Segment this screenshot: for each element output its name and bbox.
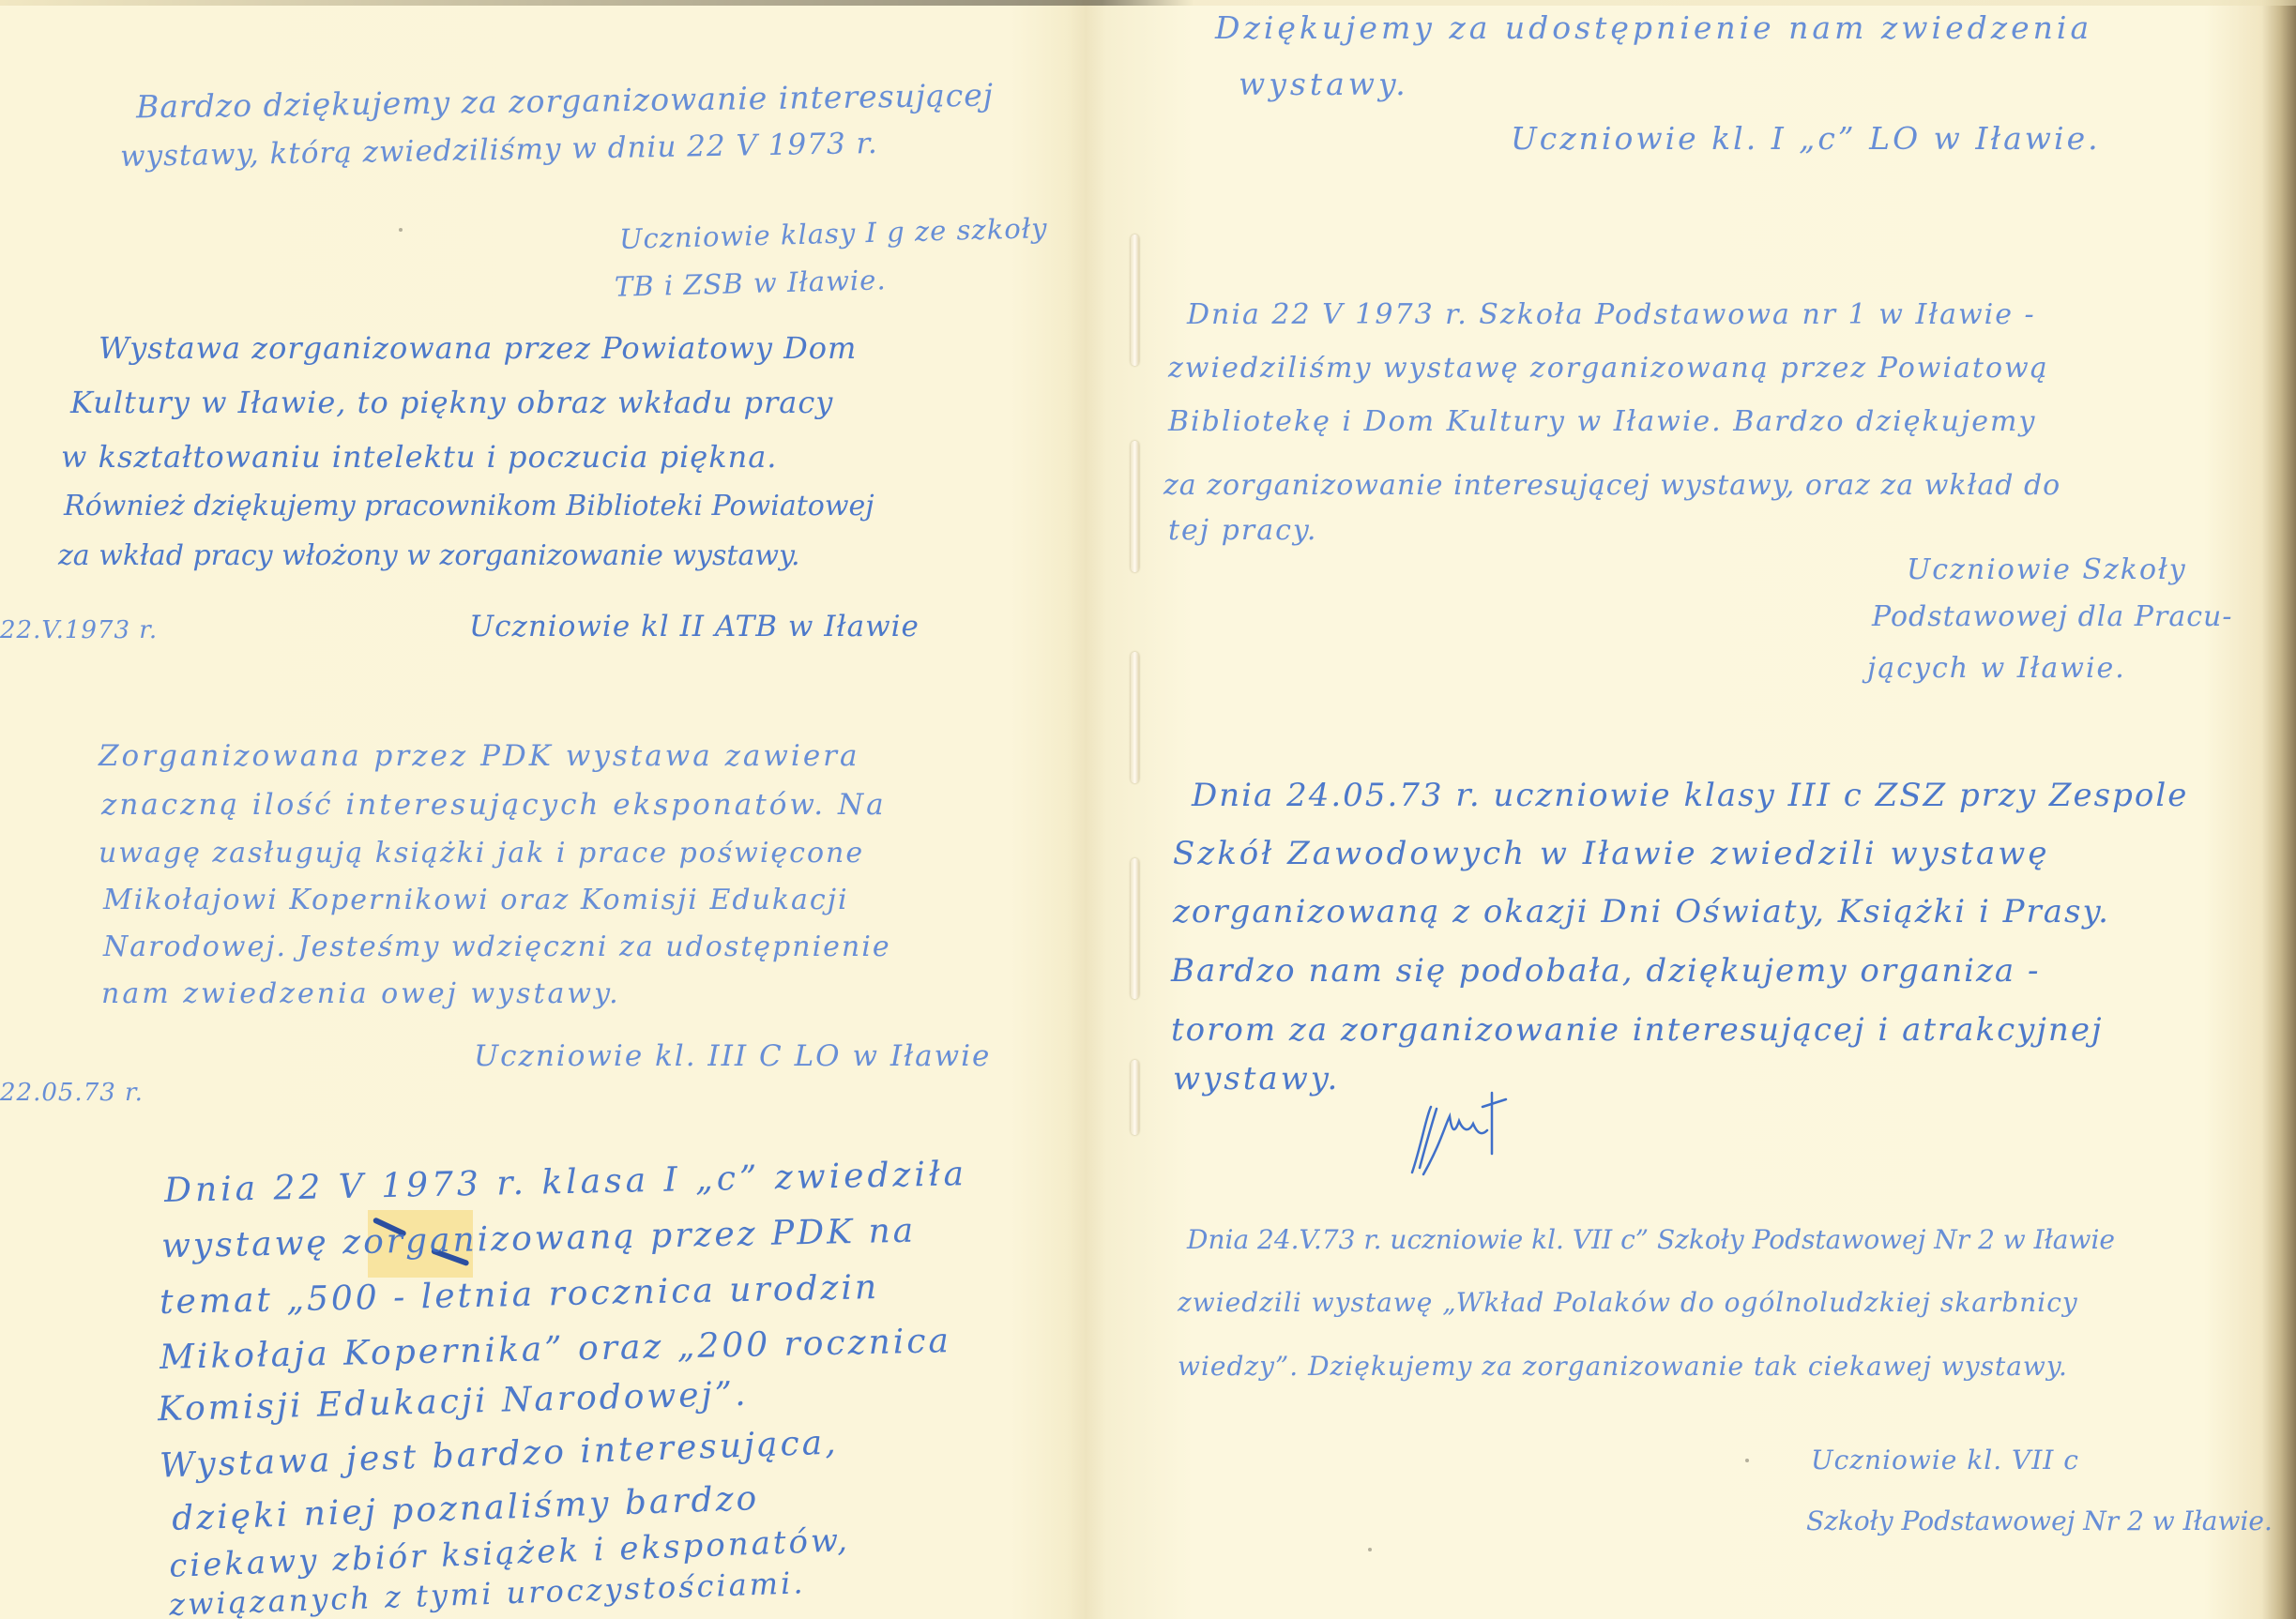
entry-line: Dnia 24.V.73 r. uczniowie kl. VII c” Szk… bbox=[1187, 1224, 2115, 1255]
entry-line: Dziękujemy za udostępnienie nam zwiedzen… bbox=[1215, 9, 2092, 46]
entry-signature: TB i ZSB w Iławie. bbox=[615, 264, 887, 303]
entry-signature: Uczniowie kl. VII c bbox=[1811, 1445, 2079, 1475]
entry-line: wiedzy”. Dziękujemy za zorganizowanie ta… bbox=[1178, 1351, 2068, 1382]
entry-line: Dnia 22 V 1973 r. Szkoła Podstawowa nr 1… bbox=[1187, 298, 2036, 331]
entry-signature: Szkoły Podstawowej Nr 2 w Iławie. bbox=[1806, 1506, 2273, 1536]
entry-line: Zorganizowana przez PDK wystawa zawiera bbox=[99, 739, 859, 773]
entry-line: w kształtowaniu intelektu i poczucia pię… bbox=[61, 439, 777, 475]
entry-line: Wystawa zorganizowana przez Powiatowy Do… bbox=[99, 330, 857, 366]
paper-speck bbox=[399, 228, 403, 232]
left-page: Bardzo dziękujemy za zorganizowanie inte… bbox=[0, 0, 1126, 1619]
entry-signature: Uczniowie Szkoły bbox=[1907, 553, 2187, 586]
entry-line: za zorganizowanie interesującej wystawy,… bbox=[1163, 469, 2060, 502]
entry-line: wystawy. bbox=[1239, 66, 1409, 102]
entry-signature: jących w Iławie. bbox=[1867, 652, 2126, 685]
entry-date: 22.05.73 r. bbox=[0, 1079, 144, 1107]
paper-speck bbox=[1745, 1459, 1749, 1462]
entry-line: Komisji Edukacji Narodowej”. bbox=[158, 1375, 749, 1429]
entry-line: torom za zorganizowanie interesującej i … bbox=[1171, 1011, 2104, 1049]
entry-line: Również dziękujemy pracownikom Bibliotek… bbox=[64, 490, 874, 522]
entry-line: uwagę zasługują książki jak i prace pośw… bbox=[99, 837, 864, 870]
entry-line: zwiedziliśmy wystawę zorganizowaną przez… bbox=[1168, 352, 2049, 385]
entry-signature: Uczniowie kl. III C LO w Iławie bbox=[474, 1039, 991, 1073]
entry-signature: Uczniowie klasy I g ze szkoły bbox=[619, 212, 1048, 255]
entry-line: Narodowej. Jesteśmy wdzięczni za udostęp… bbox=[103, 931, 891, 963]
entry-line: Bardzo nam się podobała, dziękujemy orga… bbox=[1171, 952, 2040, 990]
entry-line: Mikołaja Kopernika” oraz „200 rocznica bbox=[160, 1322, 952, 1377]
signature-scribble-icon bbox=[1403, 1088, 1515, 1182]
paper-speck bbox=[1368, 1548, 1372, 1551]
entry-line: Bibliotekę i Dom Kultury w Iławie. Bardz… bbox=[1168, 405, 2036, 438]
entry-signature: Uczniowie kl. I „c” LO w Iławie. bbox=[1511, 120, 2101, 157]
entry-line: Dnia 22 V 1973 r. klasa I „c” zwiedziła bbox=[164, 1155, 968, 1210]
entry-line: wystawy, którą zwiedziliśmy w dniu 22 V … bbox=[120, 127, 878, 174]
entry-line: tej pracy. bbox=[1168, 514, 1317, 547]
entry-line: Szkół Zawodowych w Iławie zwiedzili wyst… bbox=[1173, 835, 2049, 872]
entry-line: znaczną ilość interesujących eksponatów.… bbox=[101, 788, 887, 822]
entry-line: wystawę zorganizowaną przez PDK na bbox=[161, 1212, 917, 1266]
right-page: Dziękujemy za udostępnienie nam zwiedzen… bbox=[1135, 0, 2296, 1619]
entry-signature: Uczniowie kl II ATB w Iławie bbox=[469, 610, 920, 643]
entry-line: Kultury w Iławie, to piękny obraz wkładu… bbox=[70, 385, 833, 420]
entry-line: Mikołajowi Kopernikowi oraz Komisji Eduk… bbox=[103, 884, 849, 916]
entry-line: zwiedzili wystawę „Wkład Polaków do ogól… bbox=[1178, 1287, 2078, 1318]
entry-line: Bardzo dziękujemy za zorganizowanie inte… bbox=[136, 77, 994, 126]
entry-date: 22.V.1973 r. bbox=[0, 616, 158, 644]
guestbook-spread: Bardzo dziękujemy za zorganizowanie inte… bbox=[0, 0, 2296, 1619]
entry-line: temat „500 - letnia rocznica urodzin bbox=[160, 1268, 880, 1322]
entry-line: Dnia 24.05.73 r. uczniowie klasy III c Z… bbox=[1192, 777, 2188, 814]
entry-line: wystawy. bbox=[1173, 1060, 1340, 1097]
entry-line: zorganizowaną z okazji Dni Oświaty, Ksią… bbox=[1173, 893, 2110, 931]
entry-line: za wkład pracy włożony w zorganizowanie … bbox=[58, 539, 800, 572]
entry-line: Wystawa jest bardzo interesująca, bbox=[160, 1423, 840, 1485]
entry-line: nam zwiedzenia owej wystawy. bbox=[101, 977, 621, 1010]
entry-signature: Podstawowej dla Pracu- bbox=[1872, 600, 2232, 633]
